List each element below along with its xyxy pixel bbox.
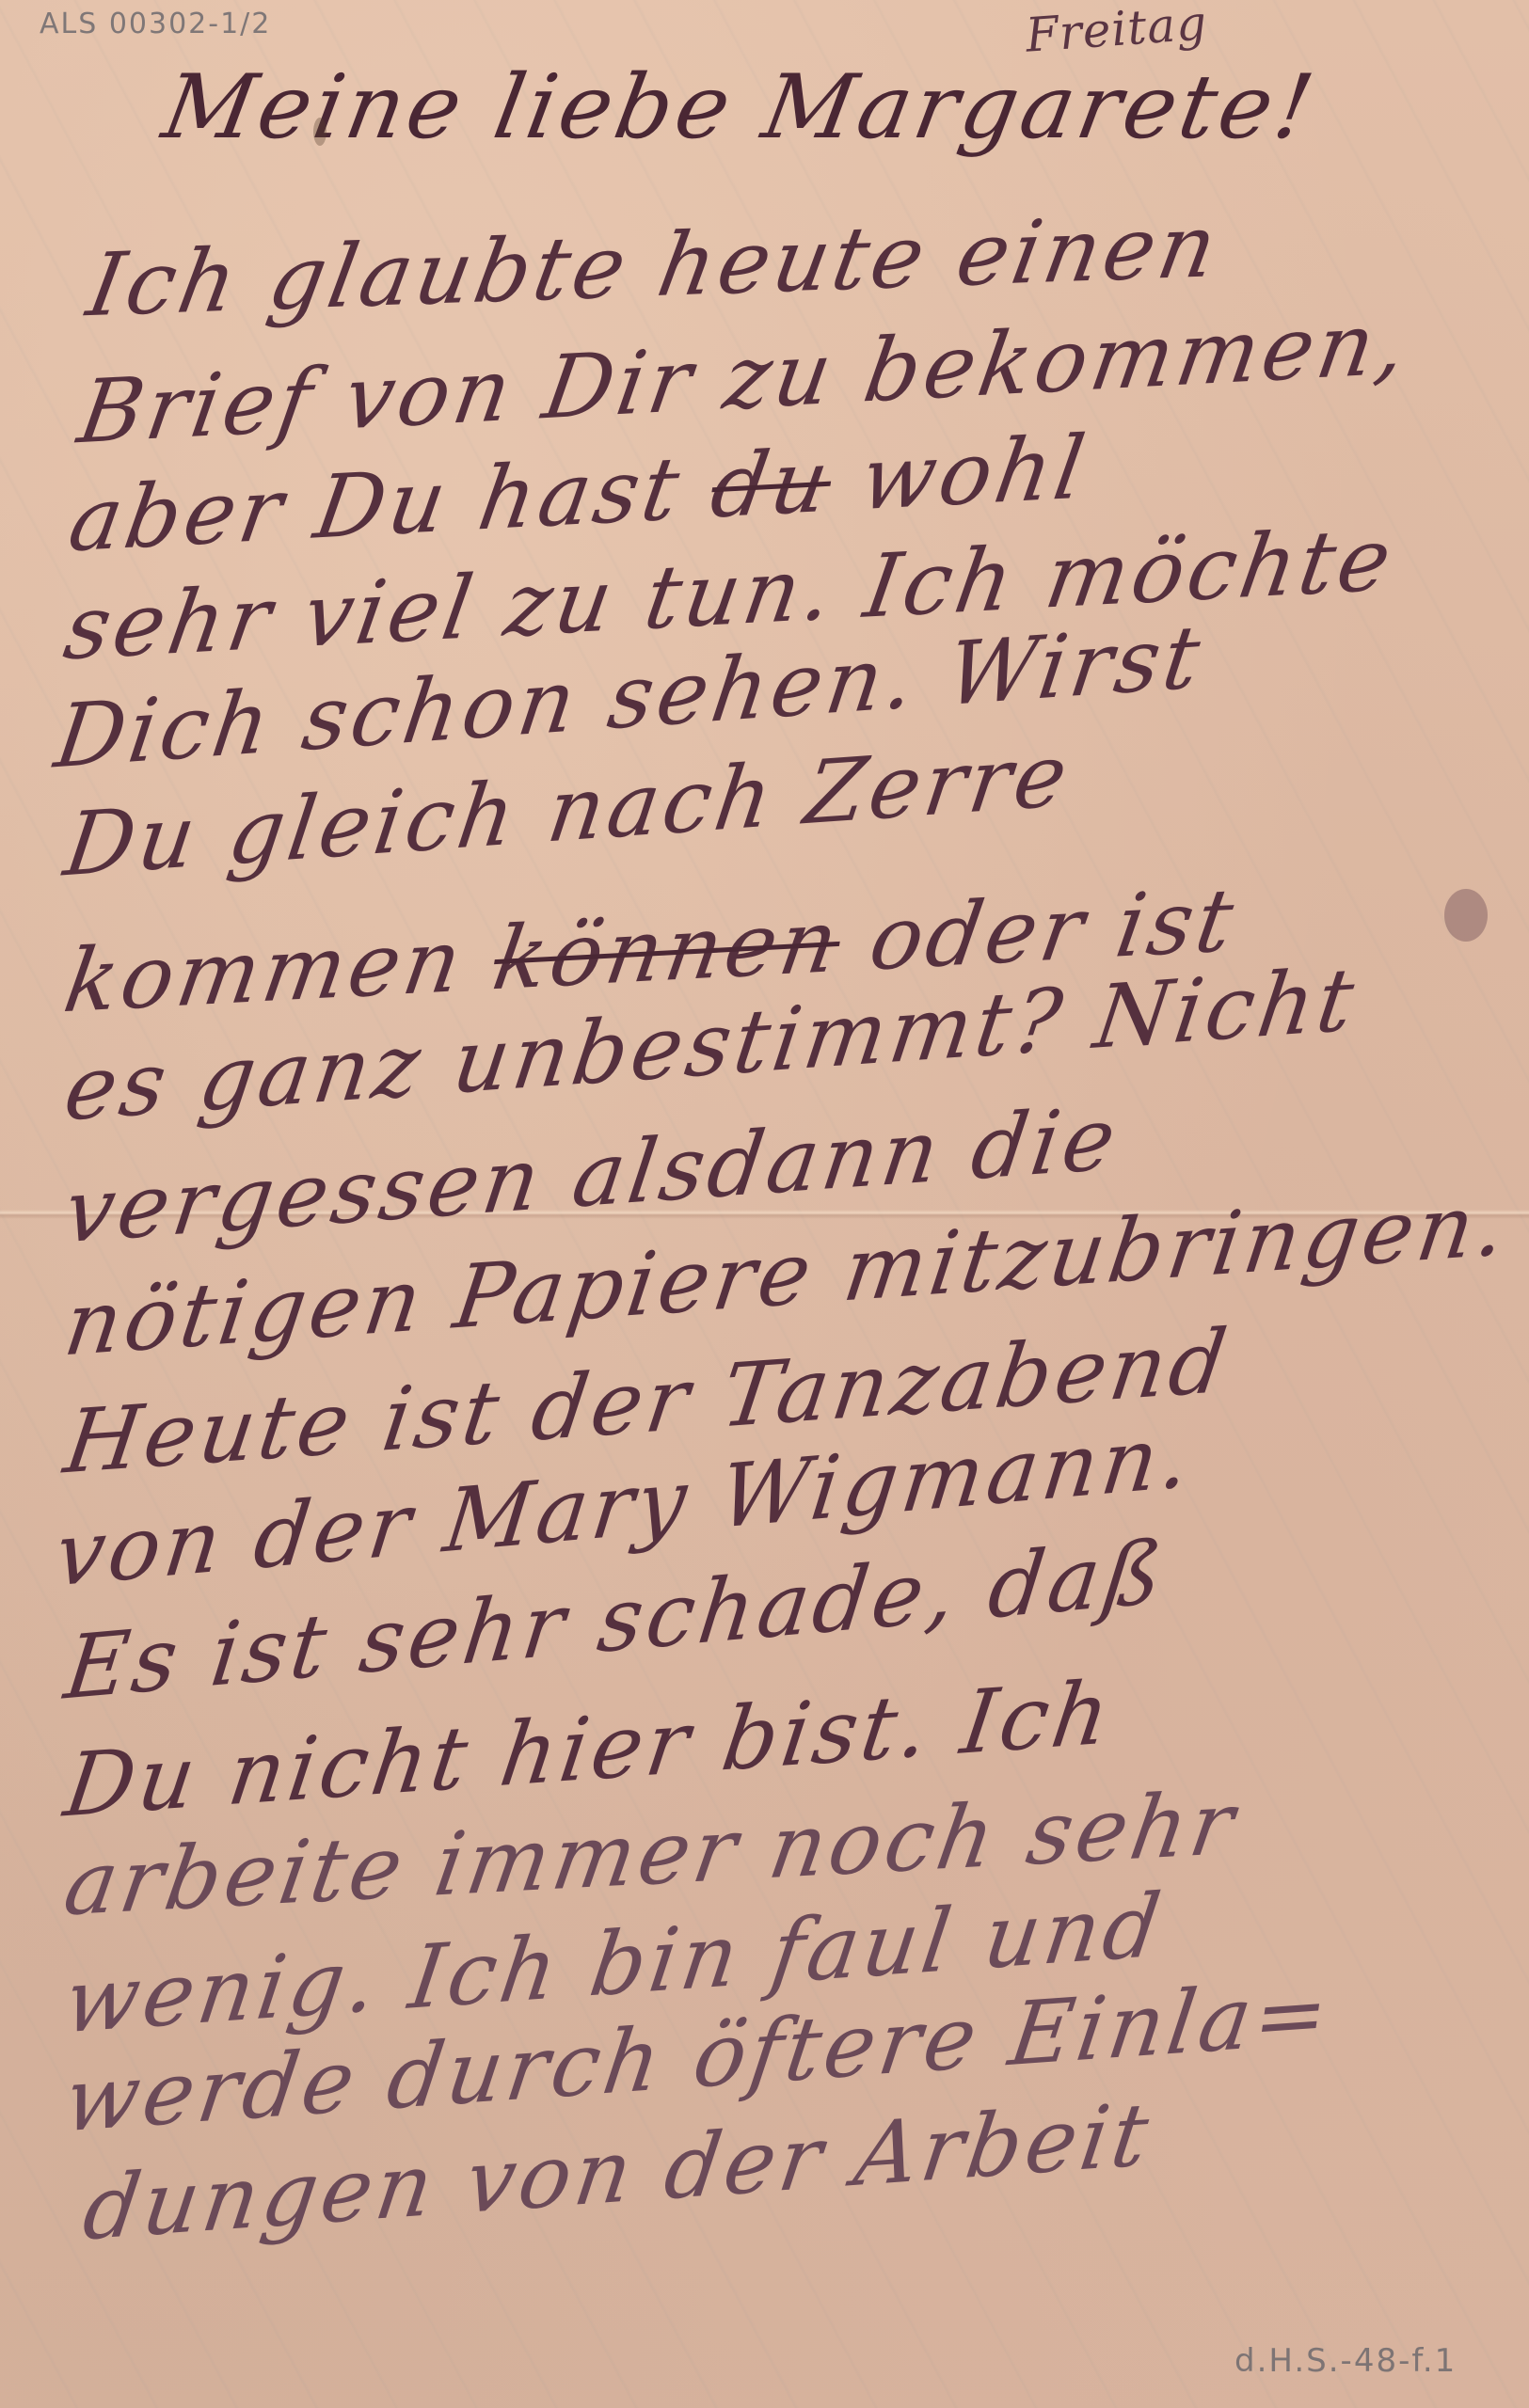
- body-line-3-after: wohl: [854, 417, 1095, 531]
- letter-page: ALS 00302-1/2 Freitag Meine liebe Margar…: [0, 0, 1529, 2408]
- body-line-7-text: kommen: [57, 910, 471, 1032]
- letter-date: Freitag: [1024, 0, 1209, 63]
- archive-reference-bottom: d.H.S.-48-f.1: [1234, 2342, 1457, 2380]
- ink-spot: [313, 118, 327, 146]
- ink-blot: [1444, 889, 1488, 942]
- archive-reference-top: ALS 00302-1/2: [40, 8, 271, 40]
- salutation: Meine liebe Margarete!: [155, 56, 1324, 159]
- struck-word: du: [705, 430, 839, 538]
